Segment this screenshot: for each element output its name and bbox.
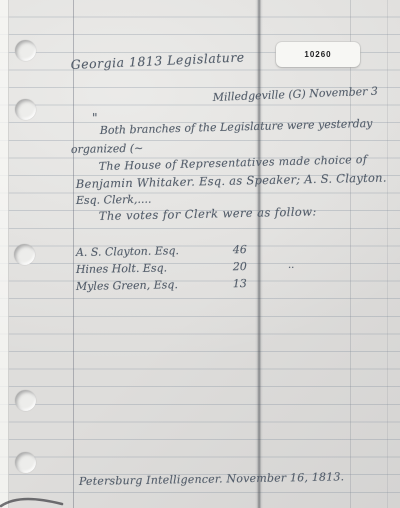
vote-count: 13: [233, 277, 247, 290]
catalog-sticker: 10260: [276, 42, 360, 67]
corner-crease-mark: [0, 490, 70, 508]
vote-count: 20: [233, 260, 247, 273]
vote-candidate-name: Hines Holt. Esq.: [76, 261, 167, 276]
punch-hole: [14, 244, 35, 265]
catalog-number: 10260: [304, 50, 331, 59]
opening-quote-mark: ": [92, 111, 98, 125]
vote-count: 46: [233, 243, 247, 256]
fold-line: [387, 0, 388, 508]
fold-line: [350, 0, 351, 508]
ditto-mark: ..: [288, 260, 294, 271]
margin-line: [73, 0, 74, 508]
punch-hole: [15, 390, 36, 411]
page-left-edge: [0, 0, 9, 508]
body-line: organized (~: [71, 142, 144, 156]
body-line: Esq. Clerk,....: [76, 193, 152, 207]
notebook-page: 10260 Georgia 1813 Legislature Milledgev…: [0, 0, 400, 508]
punch-hole: [15, 40, 36, 61]
punch-hole: [15, 452, 36, 473]
vote-candidate-name: A. S. Clayton. Esq.: [76, 244, 179, 259]
punch-hole: [15, 99, 36, 120]
vote-candidate-name: Myles Green, Esq.: [76, 278, 178, 293]
